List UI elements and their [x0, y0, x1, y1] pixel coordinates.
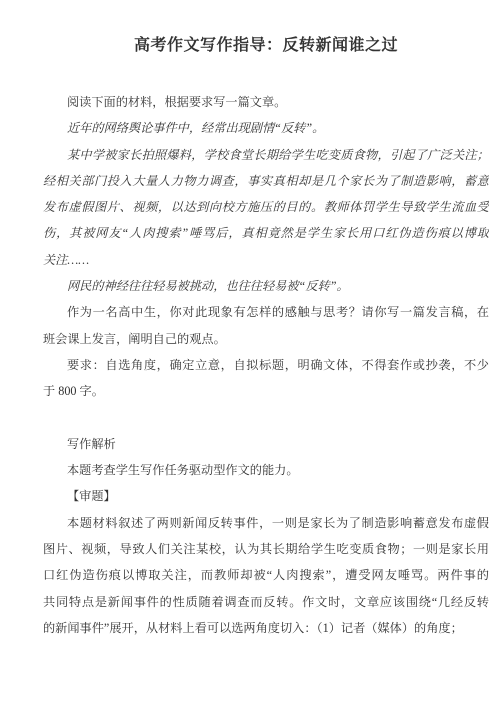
- text-line: 经相关部门投入大量人力物力调查，事实真相却是几个家长为了制造影响，蓄意: [43, 168, 489, 194]
- text-line: 写作解析: [43, 431, 489, 457]
- text-line: 本题材料叙述了两则新闻反转事件，一则是家长为了制造影响蓄意发布虚假: [43, 510, 489, 536]
- text-line: 【审题】: [43, 483, 489, 509]
- text-line: 近年的网络舆论事件中，经常出现剧情“反转”。: [43, 115, 489, 141]
- text-line: 本题考查学生写作任务驱动型作文的能力。: [43, 457, 489, 483]
- blank-line: [43, 405, 489, 431]
- text-line: 共同特点是新闻事件的性质随着调查而反转。作文时，文章应该围绕“几经反转: [43, 589, 489, 615]
- text-line: 要求：自选角度，确定立意，自拟标题，明确文体，不得套作或抄袭，不少: [43, 352, 489, 378]
- text-line: 网民的神经往往轻易被挑动，也往往轻易被“反转”。: [43, 273, 489, 299]
- text-line: 于 800 字。: [43, 378, 489, 404]
- text-line: 图片、视频，导致人们关注某校，认为其长期给学生吃变质食物；一则是家长用: [43, 536, 489, 562]
- text-line: 阅读下面的材料，根据要求写一篇文章。: [43, 89, 489, 115]
- document-body: 阅读下面的材料，根据要求写一篇文章。近年的网络舆论事件中，经常出现剧情“反转”。…: [43, 89, 489, 641]
- text-line: 发布虚假图片、视频，以达到向校方施压的目的。教师体罚学生导致学生流血受: [43, 194, 489, 220]
- text-line: 作为一名高中生，你对此现象有怎样的感触与思考？请你写一篇发言稿，在: [43, 299, 489, 325]
- text-line: 口红伪造伤痕以博取关注，而教师却被“人肉搜索”，遭受网友唾骂。两件事的: [43, 562, 489, 588]
- page-title: 高考作文写作指导：反转新闻谁之过: [43, 33, 489, 59]
- text-line: 某中学被家长拍照爆料，学校食堂长期给学生吃变质食物，引起了广泛关注；: [43, 142, 489, 168]
- document-page: 高考作文写作指导：反转新闻谁之过 阅读下面的材料，根据要求写一篇文章。近年的网络…: [0, 0, 500, 707]
- text-line: 关注……: [43, 247, 489, 273]
- text-line: 班会课上发言，阐明自己的观点。: [43, 326, 489, 352]
- text-line: 伤，其被网友“人肉搜索”唾骂后，真相竟然是学生家长用口红伪造伤痕以博取: [43, 220, 489, 246]
- text-line: 的新闻事件”展开，从材料上看可以选两角度切入：（1）记者（媒体）的角度；: [43, 615, 489, 641]
